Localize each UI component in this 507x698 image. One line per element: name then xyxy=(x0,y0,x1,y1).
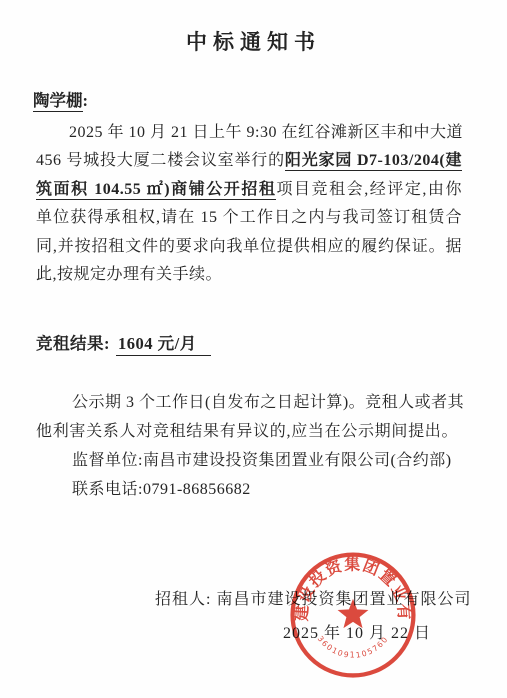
document-title: 中标通知书 xyxy=(0,26,507,56)
bid-result-line: 竞租结果:1604 元/月 xyxy=(36,330,211,354)
notice-paragraph: 公示期 3 个工作日(自发布之日起计算)。竞租人或者其 他利害关系人对竞租结果有… xyxy=(36,388,458,504)
salutation-line: 陶学棚: xyxy=(33,87,88,111)
body-paragraph: 2025 年 10 月 21 日上午 9:30 在红谷滩新区丰和中大道 456 … xyxy=(36,119,462,289)
body-line-5: 同,并按招租文件的要求向我单位提供相应的履约保证。据 xyxy=(36,233,462,261)
lessor-name: 南昌市建设投资集团置业有限公司 xyxy=(216,591,471,608)
body-line-6: 此,按规定办理有关手续。 xyxy=(36,261,462,289)
lessor-line: 招租人: 南昌市建设投资集团置业有限公司 xyxy=(155,586,471,609)
body-line-2: 456 号城投大厦二楼会议室举行的阳光家园 D7-103/204(建 xyxy=(36,147,462,175)
supervisor-unit-line: 监督单位:南昌市建设投资集团置业有限公司(合约部) xyxy=(36,446,458,475)
notice-line-1: 公示期 3 个工作日(自发布之日起计算)。竞租人或者其 xyxy=(36,388,458,417)
notice-line-2: 他利害关系人对竞租结果有异议的,应当在公示期间提出。 xyxy=(36,417,458,446)
body-line-1: 2025 年 10 月 21 日上午 9:30 在红谷滩新区丰和中大道 xyxy=(36,119,462,147)
body-line-4: 单位获得承租权,请在 15 个工作日之内与我司签订租赁合 xyxy=(36,204,462,232)
lessor-label: 招租人: xyxy=(155,591,211,608)
bid-result-label: 竞租结果: xyxy=(36,334,110,353)
company-seal: 南昌市建设投资集团置业有限公司 3601091105760 xyxy=(288,549,418,681)
bid-result-value: 1604 元/月 xyxy=(116,334,211,356)
project-area-emphasis: 筑面积 104.55 ㎡)商铺公开招租 xyxy=(36,181,276,200)
contact-phone-line: 联系电话:0791-86856682 xyxy=(36,475,458,504)
recipient-name: 陶学棚 xyxy=(33,91,83,112)
body-line-3: 筑面积 104.55 ㎡)商铺公开招租项目竞租会,经评定,由你 xyxy=(36,176,462,204)
project-name-emphasis: 阳光家园 D7-103/204(建 xyxy=(285,152,462,171)
body-line-3-normal: 项目竞租会,经评定,由你 xyxy=(276,181,462,198)
document-date: 2025 年 10 月 22 日 xyxy=(283,620,431,643)
scanned-document-page: 中标通知书 陶学棚: 2025 年 10 月 21 日上午 9:30 在红谷滩新… xyxy=(0,0,507,698)
seal-ring xyxy=(293,555,414,676)
salutation-colon: : xyxy=(83,91,89,110)
body-line-2-normal: 456 号城投大厦二楼会议室举行的 xyxy=(36,152,285,169)
